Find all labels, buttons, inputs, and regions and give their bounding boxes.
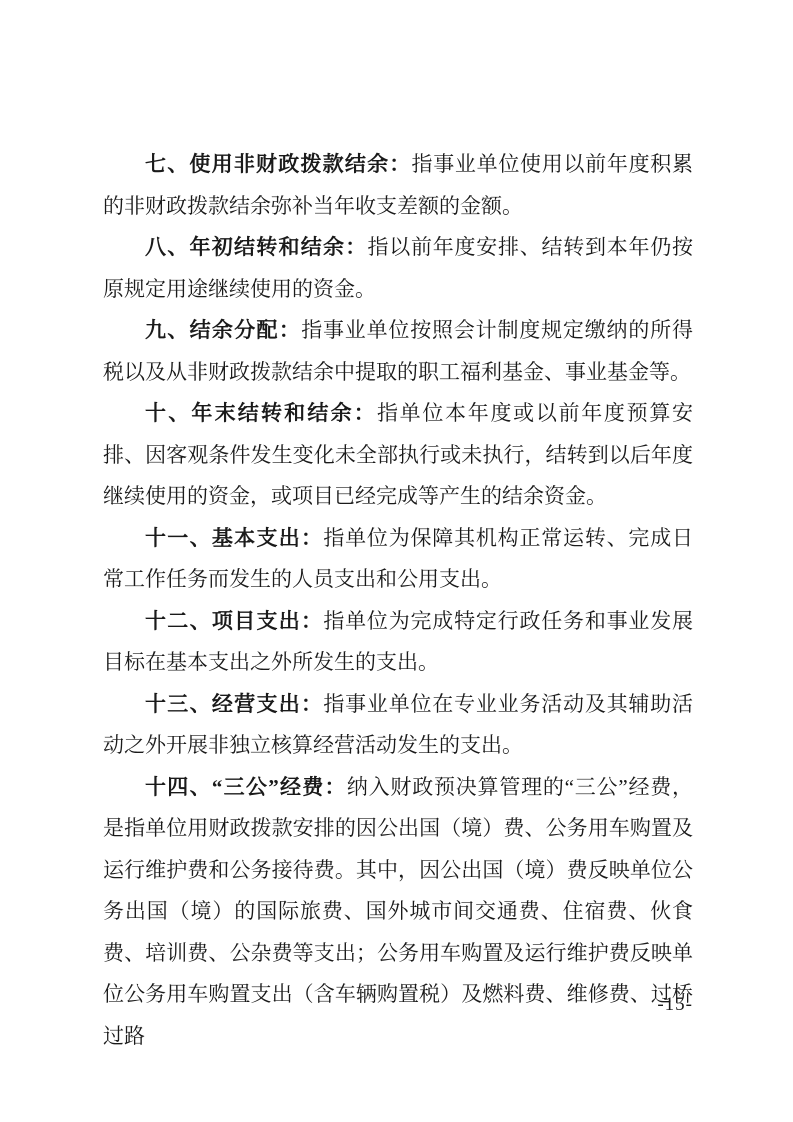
document-page: 七、使用非财政拨款结余：指事业单位使用以前年度积累的非财政拨款结余弥补当年收支差… — [0, 0, 793, 1122]
term-label: 九、结余分配： — [145, 318, 301, 342]
definition-paragraph: 十二、项目支出：指单位为完成特定行政任务和事业发展目标在基本支出之外所发生的支出… — [103, 601, 693, 684]
term-label: 八、年初结转和结余： — [145, 235, 368, 259]
term-label: 十、年末结转和结余： — [145, 401, 377, 425]
definition-paragraph: 八、年初结转和结余：指以前年度安排、结转到本年仍按原规定用途继续使用的资金。 — [103, 227, 693, 310]
term-label: 十二、项目支出： — [145, 609, 323, 633]
definition-paragraph: 十四、“三公”经费：纳入财政预决算管理的“三公”经费，是指单位用财政拨款安排的因… — [103, 767, 693, 1058]
definition-paragraph: 十、年末结转和结余：指单位本年度或以前年度预算安排、因客观条件发生变化未全部执行… — [103, 393, 693, 518]
term-label: 七、使用非财政拨款结余： — [145, 152, 412, 176]
page-number: -15- — [657, 993, 693, 1017]
document-body: 七、使用非财政拨款结余：指事业单位使用以前年度积累的非财政拨款结余弥补当年收支差… — [103, 144, 693, 1057]
definition-paragraph: 十一、基本支出：指单位为保障其机构正常运转、完成日常工作任务而发生的人员支出和公… — [103, 518, 693, 601]
term-definition: 纳入财政预决算管理的“三公”经费，是指单位用财政拨款安排的因公出国（境）费、公务… — [103, 775, 693, 1048]
term-label: 十三、经营支出： — [145, 692, 323, 716]
definition-paragraph: 十三、经营支出：指事业单位在专业业务活动及其辅助活动之外开展非独立核算经营活动发… — [103, 684, 693, 767]
definition-paragraph: 九、结余分配：指事业单位按照会计制度规定缴纳的所得税以及从非财政拨款结余中提取的… — [103, 310, 693, 393]
term-label: 十一、基本支出： — [145, 526, 323, 550]
term-label: 十四、“三公”经费： — [145, 775, 347, 799]
definition-paragraph: 七、使用非财政拨款结余：指事业单位使用以前年度积累的非财政拨款结余弥补当年收支差… — [103, 144, 693, 227]
